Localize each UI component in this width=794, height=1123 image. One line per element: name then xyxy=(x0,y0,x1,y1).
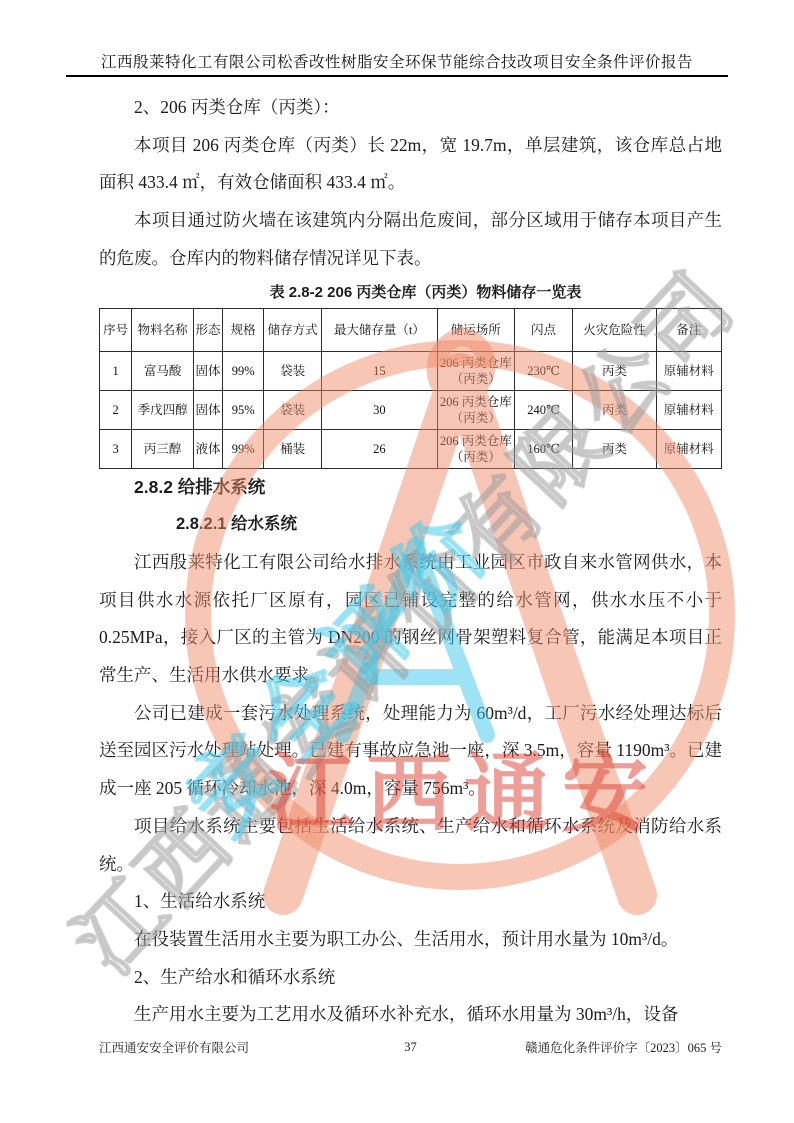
col-header-state: 形态 xyxy=(193,308,222,351)
cell-remark: 原辅材料 xyxy=(656,390,721,429)
table-header-row: 序号 物料名称 形态 规格 储存方式 最大储存量（t） 储运场所 闪点 火灾危险… xyxy=(100,308,722,351)
cell-state: 固体 xyxy=(193,390,222,429)
cell-flashpoint: 240℃ xyxy=(514,390,572,429)
cell-fire-hazard: 丙类 xyxy=(573,429,656,468)
cell-storage-method: 袋装 xyxy=(264,390,322,429)
paragraph-production-water: 生产用水主要为工艺用水及循环水补充水，循环水用量为 30m³/h，设备 xyxy=(99,996,722,1034)
col-header-remark: 备注 xyxy=(656,308,721,351)
cell-max-storage: 26 xyxy=(322,429,438,468)
col-header-storage-method: 储存方式 xyxy=(264,308,322,351)
cell-remark: 原辅材料 xyxy=(656,351,721,390)
cell-seq: 1 xyxy=(100,351,132,390)
cell-material: 季戊四醇 xyxy=(132,390,194,429)
table-row: 2 季戊四醇 固体 95% 袋装 30 206 丙类仓库（丙类） 240℃ 丙类… xyxy=(100,390,722,429)
cell-location: 206 丙类仓库（丙类） xyxy=(437,429,514,468)
cell-flashpoint: 160℃ xyxy=(514,429,572,468)
header-rule xyxy=(66,75,728,77)
document-page: 江西殷莱特化工有限公司松香改性树脂安全环保节能综合技改项目安全条件评价报告 2、… xyxy=(0,0,794,1123)
cell-spec: 99% xyxy=(223,351,264,390)
item-heading-warehouse: 2、206 丙类仓库（丙类）： xyxy=(99,89,722,127)
cell-spec: 99% xyxy=(223,429,264,468)
col-header-max-storage: 最大储存量（t） xyxy=(322,308,438,351)
cell-material: 丙三醇 xyxy=(132,429,194,468)
cell-remark: 原辅材料 xyxy=(656,429,721,468)
table-row: 1 富马酸 固体 99% 袋装 15 206 丙类仓库（丙类） 230℃ 丙类 … xyxy=(100,351,722,390)
cell-max-storage: 15 xyxy=(322,351,438,390)
paragraph-systems: 项目给水系统主要包括生活给水系统、生产给水和循环水系统及消防给水系统。 xyxy=(99,808,722,883)
col-header-location: 储运场所 xyxy=(437,308,514,351)
cell-storage-method: 桶装 xyxy=(264,429,322,468)
col-header-fire-hazard: 火灾危险性 xyxy=(573,308,656,351)
page-footer: 37 江西通安安全评价有限公司 赣通危化条件评价字〔2023〕065 号 xyxy=(99,1038,722,1056)
paragraph-domestic-water: 在役装置生活用水主要为职工办公、生活用水，预计用水量为 10m³/d。 xyxy=(99,921,722,959)
section-heading-water-system: 2.8.2 给排水系统 xyxy=(99,469,722,507)
cell-max-storage: 30 xyxy=(322,390,438,429)
cell-state: 液体 xyxy=(193,429,222,468)
col-header-flashpoint: 闪点 xyxy=(514,308,572,351)
col-header-seq: 序号 xyxy=(100,308,132,351)
footer-doc-number: 赣通危化条件评价字〔2023〕065 号 xyxy=(525,1038,722,1056)
cell-storage-method: 袋装 xyxy=(264,351,322,390)
item-production-water: 2、生产给水和循环水系统 xyxy=(99,959,722,997)
cell-state: 固体 xyxy=(193,351,222,390)
col-header-spec: 规格 xyxy=(223,308,264,351)
footer-company: 江西通安安全评价有限公司 xyxy=(99,1038,249,1056)
table-row: 3 丙三醇 液体 99% 桶装 26 206 丙类仓库（丙类） 160℃ 丙类 … xyxy=(100,429,722,468)
cell-spec: 95% xyxy=(223,390,264,429)
cell-flashpoint: 230℃ xyxy=(514,351,572,390)
cell-location: 206 丙类仓库（丙类） xyxy=(437,390,514,429)
cell-location: 206 丙类仓库（丙类） xyxy=(437,351,514,390)
page-header-title: 江西殷莱特化工有限公司松香改性树脂安全环保节能综合技改项目安全条件评价报告 xyxy=(0,50,794,72)
cell-fire-hazard: 丙类 xyxy=(573,390,656,429)
document-body: 2、206 丙类仓库（丙类）： 本项目 206 丙类仓库（丙类）长 22m，宽 … xyxy=(99,89,722,1034)
item-domestic-water: 1、生活给水系统 xyxy=(99,883,722,921)
cell-fire-hazard: 丙类 xyxy=(573,351,656,390)
material-storage-table: 序号 物料名称 形态 规格 储存方式 最大储存量（t） 储运场所 闪点 火灾危险… xyxy=(99,308,722,469)
paragraph-water-supply: 江西殷莱特化工有限公司给水排水系统由工业园区市政自来水管网供水，本项目供水水源依… xyxy=(99,544,722,695)
paragraph-warehouse: 本项目 206 丙类仓库（丙类）长 22m，宽 19.7m，单层建筑，该仓库总占… xyxy=(99,127,722,202)
paragraph-sewage: 公司已建成一套污水处理系统，处理能力为 60m³/d，工厂污水经处理达标后送至园… xyxy=(99,695,722,808)
paragraph-firewall: 本项目通过防火墙在该建筑内分隔出危废间，部分区域用于储存本项目产生的危废。仓库内… xyxy=(99,202,722,277)
cell-seq: 2 xyxy=(100,390,132,429)
subsection-heading-supply: 2.8.2.1 给水系统 xyxy=(99,506,722,544)
cell-seq: 3 xyxy=(100,429,132,468)
col-header-material: 物料名称 xyxy=(132,308,194,351)
cell-material: 富马酸 xyxy=(132,351,194,390)
table-caption: 表 2.8-2 206 丙类仓库（丙类）物料储存一览表 xyxy=(99,278,722,308)
